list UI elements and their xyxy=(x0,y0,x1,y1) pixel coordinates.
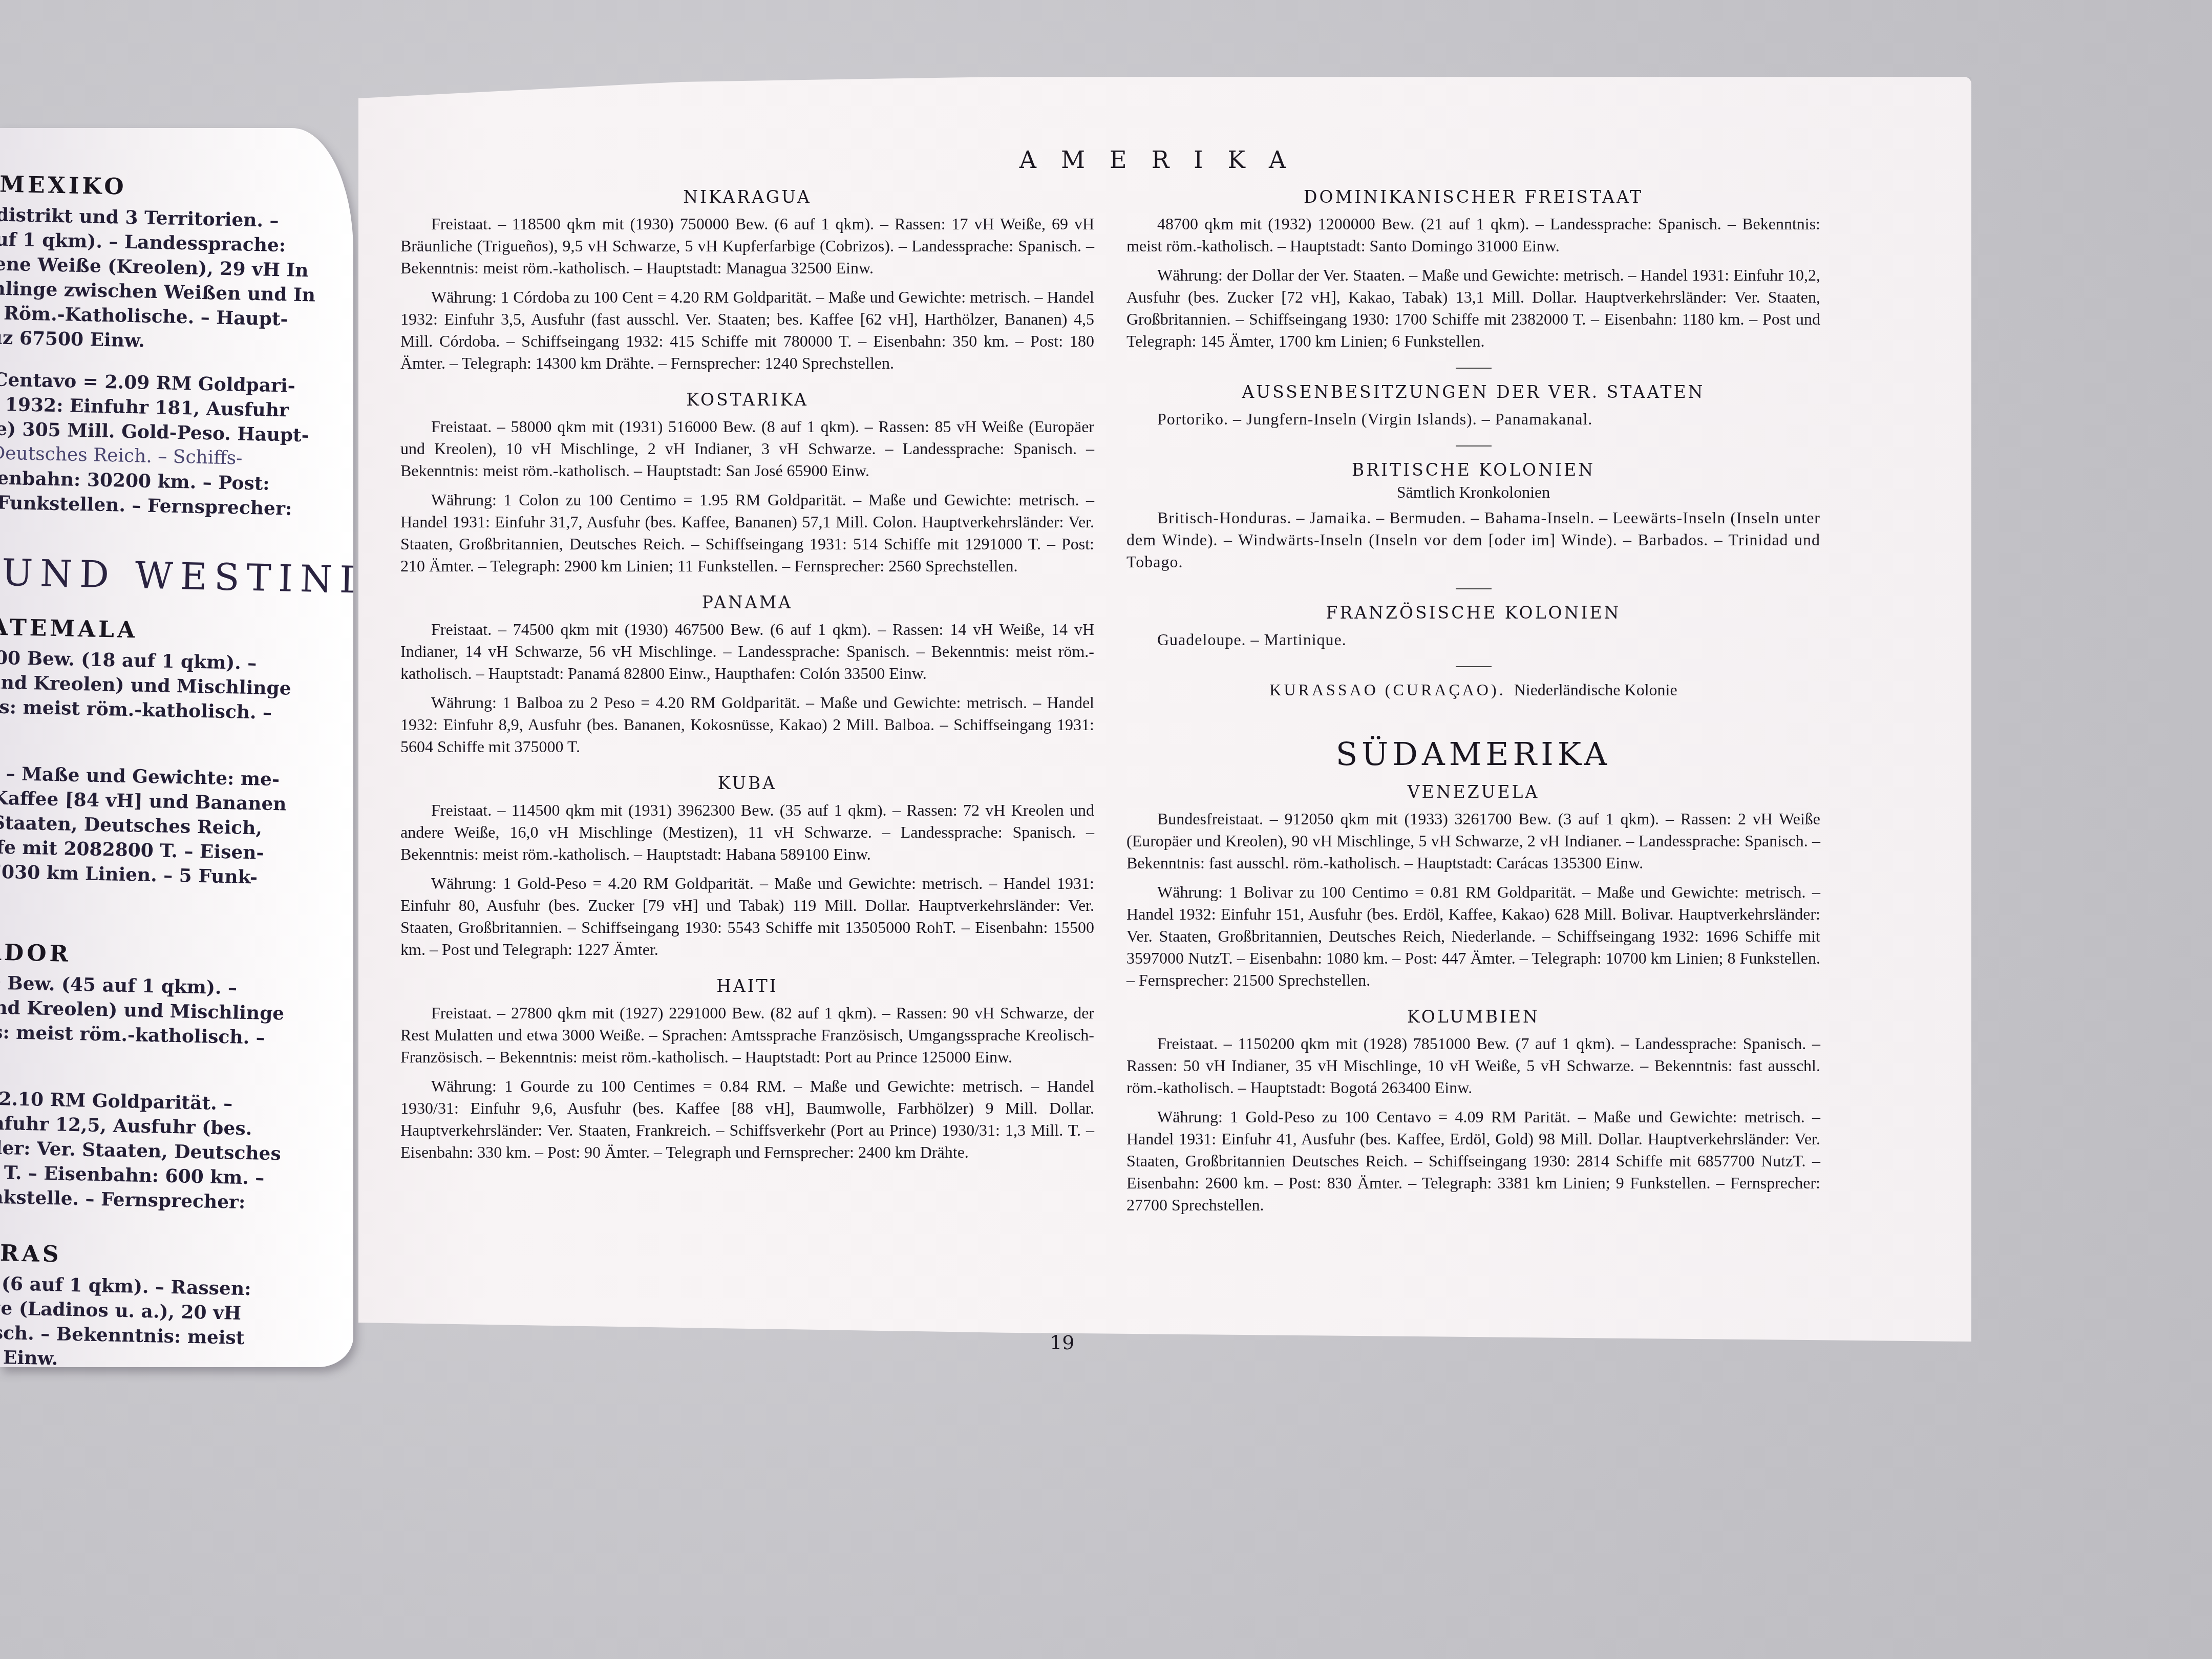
entry-paragraph: Portoriko. – Jungfern-Inseln (Virgin Isl… xyxy=(1126,408,1820,430)
entry-subtitle: Sämtlich Kronkolonien xyxy=(1126,483,1820,502)
entry-paragraph: Währung: 1 Balboa zu 2 Peso = 4.20 RM Go… xyxy=(400,692,1094,758)
entry-paragraph: Währung: 1 Gold-Peso zu 100 Centavo = 4.… xyxy=(1126,1106,1820,1216)
section-divider xyxy=(1456,368,1492,369)
entry-title: ATEMALA xyxy=(0,614,329,647)
entry-title: BRITISCHE KOLONIEN xyxy=(1126,460,1820,480)
entry-paragraph: Währung: 1 Colon zu 100 Centimo = 1.95 R… xyxy=(400,489,1094,577)
entry-paragraph: Währung: 1 Gold-Peso = 4.20 RM Goldparit… xyxy=(400,873,1094,961)
continent-title: SÜDAMERIKA xyxy=(1126,735,1820,773)
entry-paragraph: Freistaat. – 58000 qkm mit (1931) 516000… xyxy=(400,416,1094,482)
entry-paragraph: Währung: 1 Bolivar zu 100 Centimo = 0.81… xyxy=(1126,881,1820,991)
entry-title: AUSSENBESITZUNGEN DER VER. STAATEN xyxy=(1126,382,1820,402)
entry-paragraph: Freistaat. – 74500 qkm mit (1930) 467500… xyxy=(400,619,1094,685)
section-divider xyxy=(1456,666,1492,667)
entry-kostarika: KOSTARIKA Freistaat. – 58000 qkm mit (19… xyxy=(400,390,1094,577)
entry-paragraph: Währung: 1 Gourde zu 100 Centimes = 0.84… xyxy=(400,1075,1094,1163)
running-header: AMERIKA xyxy=(358,146,1971,174)
entry-dominikanischer-freistaat: DOMINIKANISCHER FREISTAAT 48700 qkm mit … xyxy=(1126,187,1820,352)
page-19: AMERIKA NIKARAGUA Freistaat. – 118500 qk… xyxy=(358,77,1971,1342)
entry-paragraph: Währung: 1 Córdoba zu 100 Cent = 4.20 RM… xyxy=(400,286,1094,374)
entry-title: PANAMA xyxy=(400,592,1094,612)
entry-title: VENEZUELA xyxy=(1126,782,1820,802)
entry-paragraph: Bundesfreistaat. – 912050 qkm mit (1933)… xyxy=(1126,808,1820,874)
entry-paragraph: Freistaat. – 1150200 qkm mit (1928) 7851… xyxy=(1126,1033,1820,1099)
entry-paragraph: Freistaat. – 114500 qkm mit (1931) 39623… xyxy=(400,799,1094,865)
entry-haiti: HAITI Freistaat. – 27800 qkm mit (1927) … xyxy=(400,976,1094,1163)
entry-note: Niederländische Kolonie xyxy=(1514,680,1677,699)
entry-title: KUBA xyxy=(400,773,1094,793)
entry-kolumbien: KOLUMBIEN Freistaat. – 1150200 qkm mit (… xyxy=(1126,1007,1820,1216)
entry-guatemala: ATEMALA 931) 2219000 Bew. (18 auf 1 qkm)… xyxy=(0,612,329,916)
entry-title: KOSTARIKA xyxy=(400,390,1094,410)
entry-nikaragua: NIKARAGUA Freistaat. – 118500 qkm mit (1… xyxy=(400,187,1094,374)
entry-kuba: KUBA Freistaat. – 114500 qkm mit (1931) … xyxy=(400,773,1094,961)
entry-title: MEXIKO xyxy=(0,172,338,205)
entry-title: DOMINIKANISCHER FREISTAAT xyxy=(1126,187,1820,207)
entry-paragraph: 48700 qkm mit (1932) 1200000 Bew. (21 au… xyxy=(1126,213,1820,257)
entry-paragraph: Währung: der Dollar der Ver. Staaten. – … xyxy=(1126,264,1820,352)
entry-venezuela: VENEZUELA Bundesfreistaat. – 912050 qkm … xyxy=(1126,782,1820,991)
entry-salvador: ADOR 33) 1522200 Bew. (45 auf 1 qkm). – … xyxy=(0,937,322,1216)
entry-paragraph: Freistaat. – 27800 qkm mit (1927) 229100… xyxy=(400,1002,1094,1068)
left-column: NIKARAGUA Freistaat. – 118500 qkm mit (1… xyxy=(400,187,1094,1179)
entry-paragraph: Guadeloupe. – Martinique. xyxy=(1126,629,1820,651)
entry-title: HAITI xyxy=(400,976,1094,996)
entry-aussenbesitzungen: AUSSENBESITZUNGEN DER VER. STAATEN Porto… xyxy=(1126,382,1820,430)
entry-paragraph: Freistaat. – 118500 qkm mit (1930) 75000… xyxy=(400,213,1094,279)
previous-page-text: MEXIKO , 1 Bundesdistrikt und 3 Territor… xyxy=(0,169,338,1367)
entry-paragraph: Britisch-Honduras. – Jamaika. – Bermuden… xyxy=(1126,507,1820,573)
entry-title: ADOR xyxy=(0,939,322,972)
entry-britische-kolonien: BRITISCHE KOLONIEN Sämtlich Kronkolonien… xyxy=(1126,460,1820,573)
entry-title: URAS xyxy=(0,1240,315,1273)
entry-panama: PANAMA Freistaat. – 74500 qkm mit (1930)… xyxy=(400,592,1094,758)
section-title: UND WESTINDIEN xyxy=(2,551,330,601)
entry-title: KOLUMBIEN xyxy=(1126,1007,1820,1027)
entry-title: NIKARAGUA xyxy=(400,187,1094,207)
previous-page: MEXIKO , 1 Bundesdistrikt und 3 Territor… xyxy=(0,128,353,1367)
entry-honduras: URAS 854200 Bew. (6 auf 1 qkm). – Rassen… xyxy=(0,1238,315,1367)
entry-mexiko: MEXIKO , 1 Bundesdistrikt und 3 Territor… xyxy=(0,169,338,522)
section-divider xyxy=(1456,445,1492,446)
page-number: 19 xyxy=(1050,1331,1074,1354)
entry-kurassao: KURASSAO (CURAÇAO). Niederländische Kolo… xyxy=(1126,680,1820,699)
entry-title: FRANZÖSISCHE KOLONIEN xyxy=(1126,603,1820,623)
entry-title: KURASSAO (CURAÇAO). xyxy=(1269,680,1505,699)
right-column: DOMINIKANISCHER FREISTAAT 48700 qkm mit … xyxy=(1126,187,1820,1231)
section-divider xyxy=(1456,588,1492,589)
entry-franzoesische-kolonien: FRANZÖSISCHE KOLONIEN Guadeloupe. – Mart… xyxy=(1126,603,1820,651)
